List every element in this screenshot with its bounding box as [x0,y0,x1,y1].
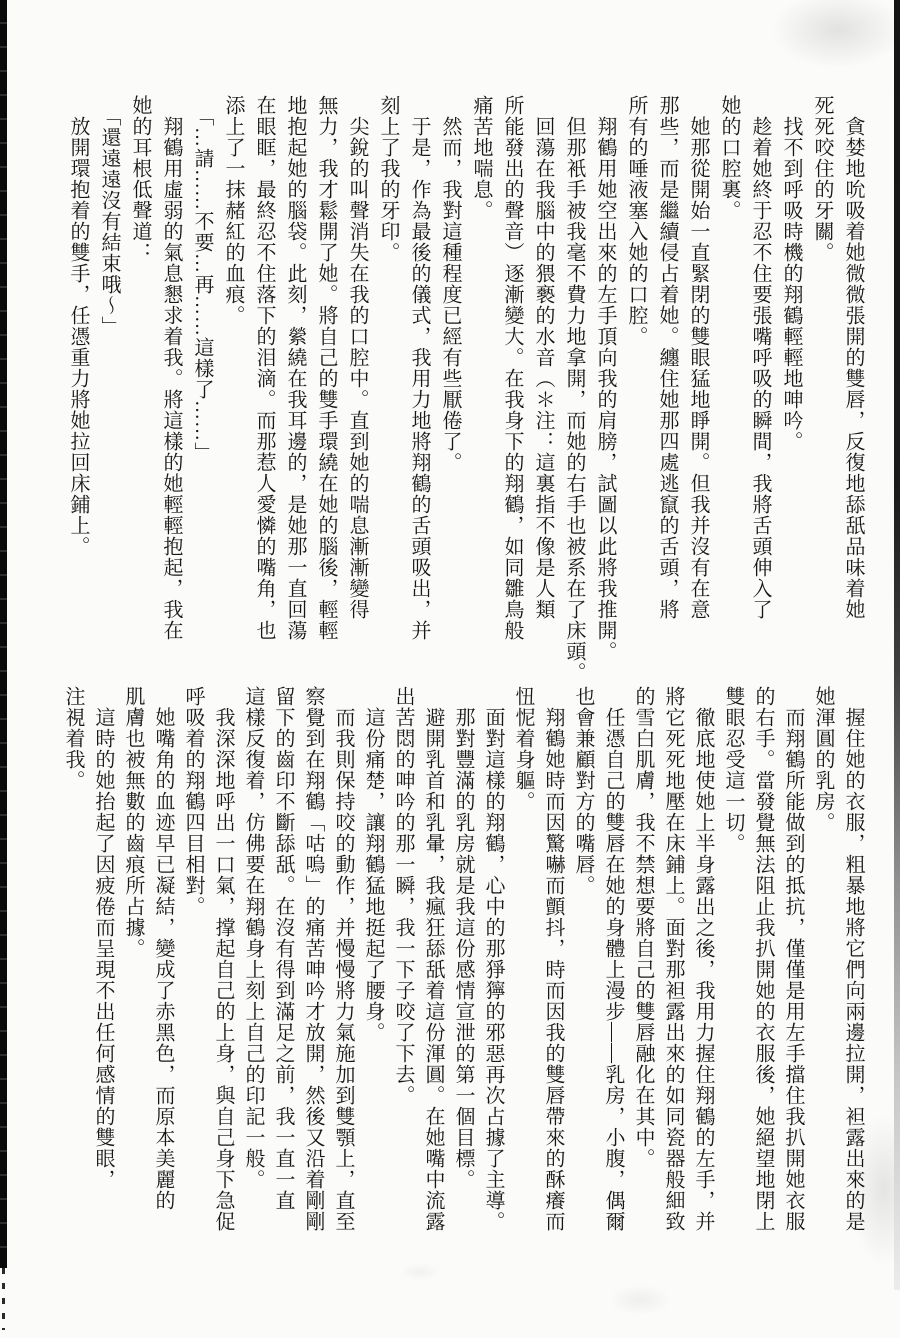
text-column: 尖銳的叫聲消失在我的口腔中。直到她的喘息漸漸變得 [341,95,372,695]
text-block-bottom: 握住她的衣服，粗暴地將它們向兩邊拉開，袒露出來的是 她渾圓的乳房。 而翔鶴所能做… [58,686,868,1248]
text-column: 回蕩在我腦中的猥褻的水音（＊注：這裏指不像是人類 [527,95,558,695]
text-column: 那對豐滿的乳房就是我這份感情宣泄的第一個目標。 [448,686,478,1248]
text-column: 所有的唾液塞入她的口腔。 [620,95,651,695]
text-column: 任憑自己的雙唇在她的身體上漫步——乳房，小腹，偶爾 [598,686,628,1248]
scan-edge-left [0,0,7,1268]
text-column: 痛苦地喘息。 [465,95,496,695]
text-column: 翔鶴用她空出來的左手頂向我的肩膀，試圖以此將我推開。 [589,95,620,695]
text-column: 呼吸着的翔鶴四目相對。 [178,686,208,1248]
text-column: 她嘴角的血迹早已凝結，變成了赤黑色，而原本美麗的 [148,686,178,1248]
text-column: 放開環抱着的雙手，任憑重力將她拉回床鋪上。 [62,95,93,695]
text-column: 的右手。當發覺無法阻止我扒開她的衣服後，她絕望地閉上 [748,686,778,1248]
text-column: 避開乳首和乳暈，我瘋狂舔舐着這份渾圓。在她嘴中流露 [418,686,448,1248]
text-column: 我深深地呼出一口氣，撑起自己的上身，與自己身下急促 [208,686,238,1248]
scan-edge-left-dashes [2,1268,5,1330]
text-column: 翔鶴她時而因驚嚇而顫抖，時而因我的雙唇帶來的酥癢而 [538,686,568,1248]
text-column: 貪婪地吮吸着她微微張開的雙唇，反復地舔舐品味着她 [837,95,868,695]
text-column: 忸怩着身軀。 [508,686,538,1248]
text-column: 出苦悶的呻吟的那一瞬，我一下子咬了下去。 [388,686,418,1248]
text-column: 握住她的衣服，粗暴地將它們向兩邊拉開，袒露出來的是 [838,686,868,1248]
text-column: 添上了一抹赭紅的血痕。 [217,95,248,695]
text-block-top: 貪婪地吮吸着她微微張開的雙唇，反復地舔舐品味着她 死死咬住的牙關。 找不到呼吸時… [62,95,868,695]
text-column: 趁着她終于忍不住要張嘴呼吸的瞬間，我將舌頭伸入了 [744,95,775,695]
text-column: 所能發出的聲音）逐漸變大。在我身下的翔鶴，如同雛鳥般 [496,95,527,695]
text-column: 但那衹手被我毫不費力地拿開，而她的右手也被系在了床頭。 [558,95,589,695]
text-column: 這時的她抬起了因疲倦而呈現不出任何感情的雙眼， [88,686,118,1248]
text-column: 然而，我對這種程度已經有些厭倦了。 [434,95,465,695]
text-column: 察覺到在翔鶴「咕嗚」的痛苦呻吟才放開，然後又沿着剛剛 [298,686,328,1248]
text-column: 雙眼忍受這一切。 [718,686,748,1248]
text-column: 找不到呼吸時機的翔鶴輕輕地呻吟。 [775,95,806,695]
text-column: 注視着我。 [58,686,88,1248]
text-column: 的雪白肌膚，我不禁想要將自己的雙唇融化在其中。 [628,686,658,1248]
text-column: 這樣反復着，仿佛要在翔鶴身上刻上自己的印記一般。 [238,686,268,1248]
text-column: 她的口腔裏。 [713,95,744,695]
scanned-page: 貪婪地吮吸着她微微張開的雙唇，反復地舔舐品味着她 死死咬住的牙關。 找不到呼吸時… [0,0,900,1338]
scan-edge-right [894,0,900,1290]
text-column: 將它死死地壓在床鋪上。面對那袒露出來的如同瓷器般細致 [658,686,688,1248]
text-column: 死死咬住的牙關。 [806,95,837,695]
text-column: 而我則保持咬的動作，并慢慢將力氣施加到雙顎上，直至 [328,686,358,1248]
text-column: 她渾圓的乳房。 [808,686,838,1248]
text-column: 肌膚也被無數的齒痕所占據。 [118,686,148,1248]
text-column: 刻上了我的牙印。 [372,95,403,695]
text-column-dialogue: 「還遠遠沒有結束哦～」 [93,95,124,695]
text-column: 翔鶴用虛弱的氣息懇求着我。將這樣的她輕輕抱起，我在 [155,95,186,695]
text-column: 她的耳根低聲道： [124,95,155,695]
text-column: 地抱起她的腦袋。此刻，縈繞在我耳邊的，是她那一直回蕩 [279,95,310,695]
text-column-dialogue: 「…請……不要…再……這樣了……」 [186,95,217,695]
text-column: 留下的齒印不斷舔舐。在沒有得到滿足之前，我一直一直 [268,686,298,1248]
text-column: 面對這樣的翔鶴，心中的那猙獰的邪惡再次占據了主導。 [478,686,508,1248]
text-column: 無力，我才鬆開了她。將自己的雙手環繞在她的腦後，輕輕 [310,95,341,695]
text-column: 這份痛楚，讓翔鶴猛地挺起了腰身。 [358,686,388,1248]
text-column: 她那從開始一直緊閉的雙眼猛地睜開。但我并沒有在意 [682,95,713,695]
text-column: 那些，而是繼續侵占着她。纏住她那四處逃竄的舌頭，將 [651,95,682,695]
text-column: 在眼眶，最終忍不住落下的泪滴。而那惹人愛憐的嘴角，也 [248,95,279,695]
text-column: 徹底地使她上半身露出之後，我用力握住翔鶴的左手，并 [688,686,718,1248]
text-column: 于是，作為最後的儀式，我用力地將翔鶴的舌頭吸出，并 [403,95,434,695]
text-column: 而翔鶴所能做到的抵抗，僅僅是用左手擋住我扒開她衣服 [778,686,808,1248]
text-column: 也會兼顧對方的嘴唇。 [568,686,598,1248]
